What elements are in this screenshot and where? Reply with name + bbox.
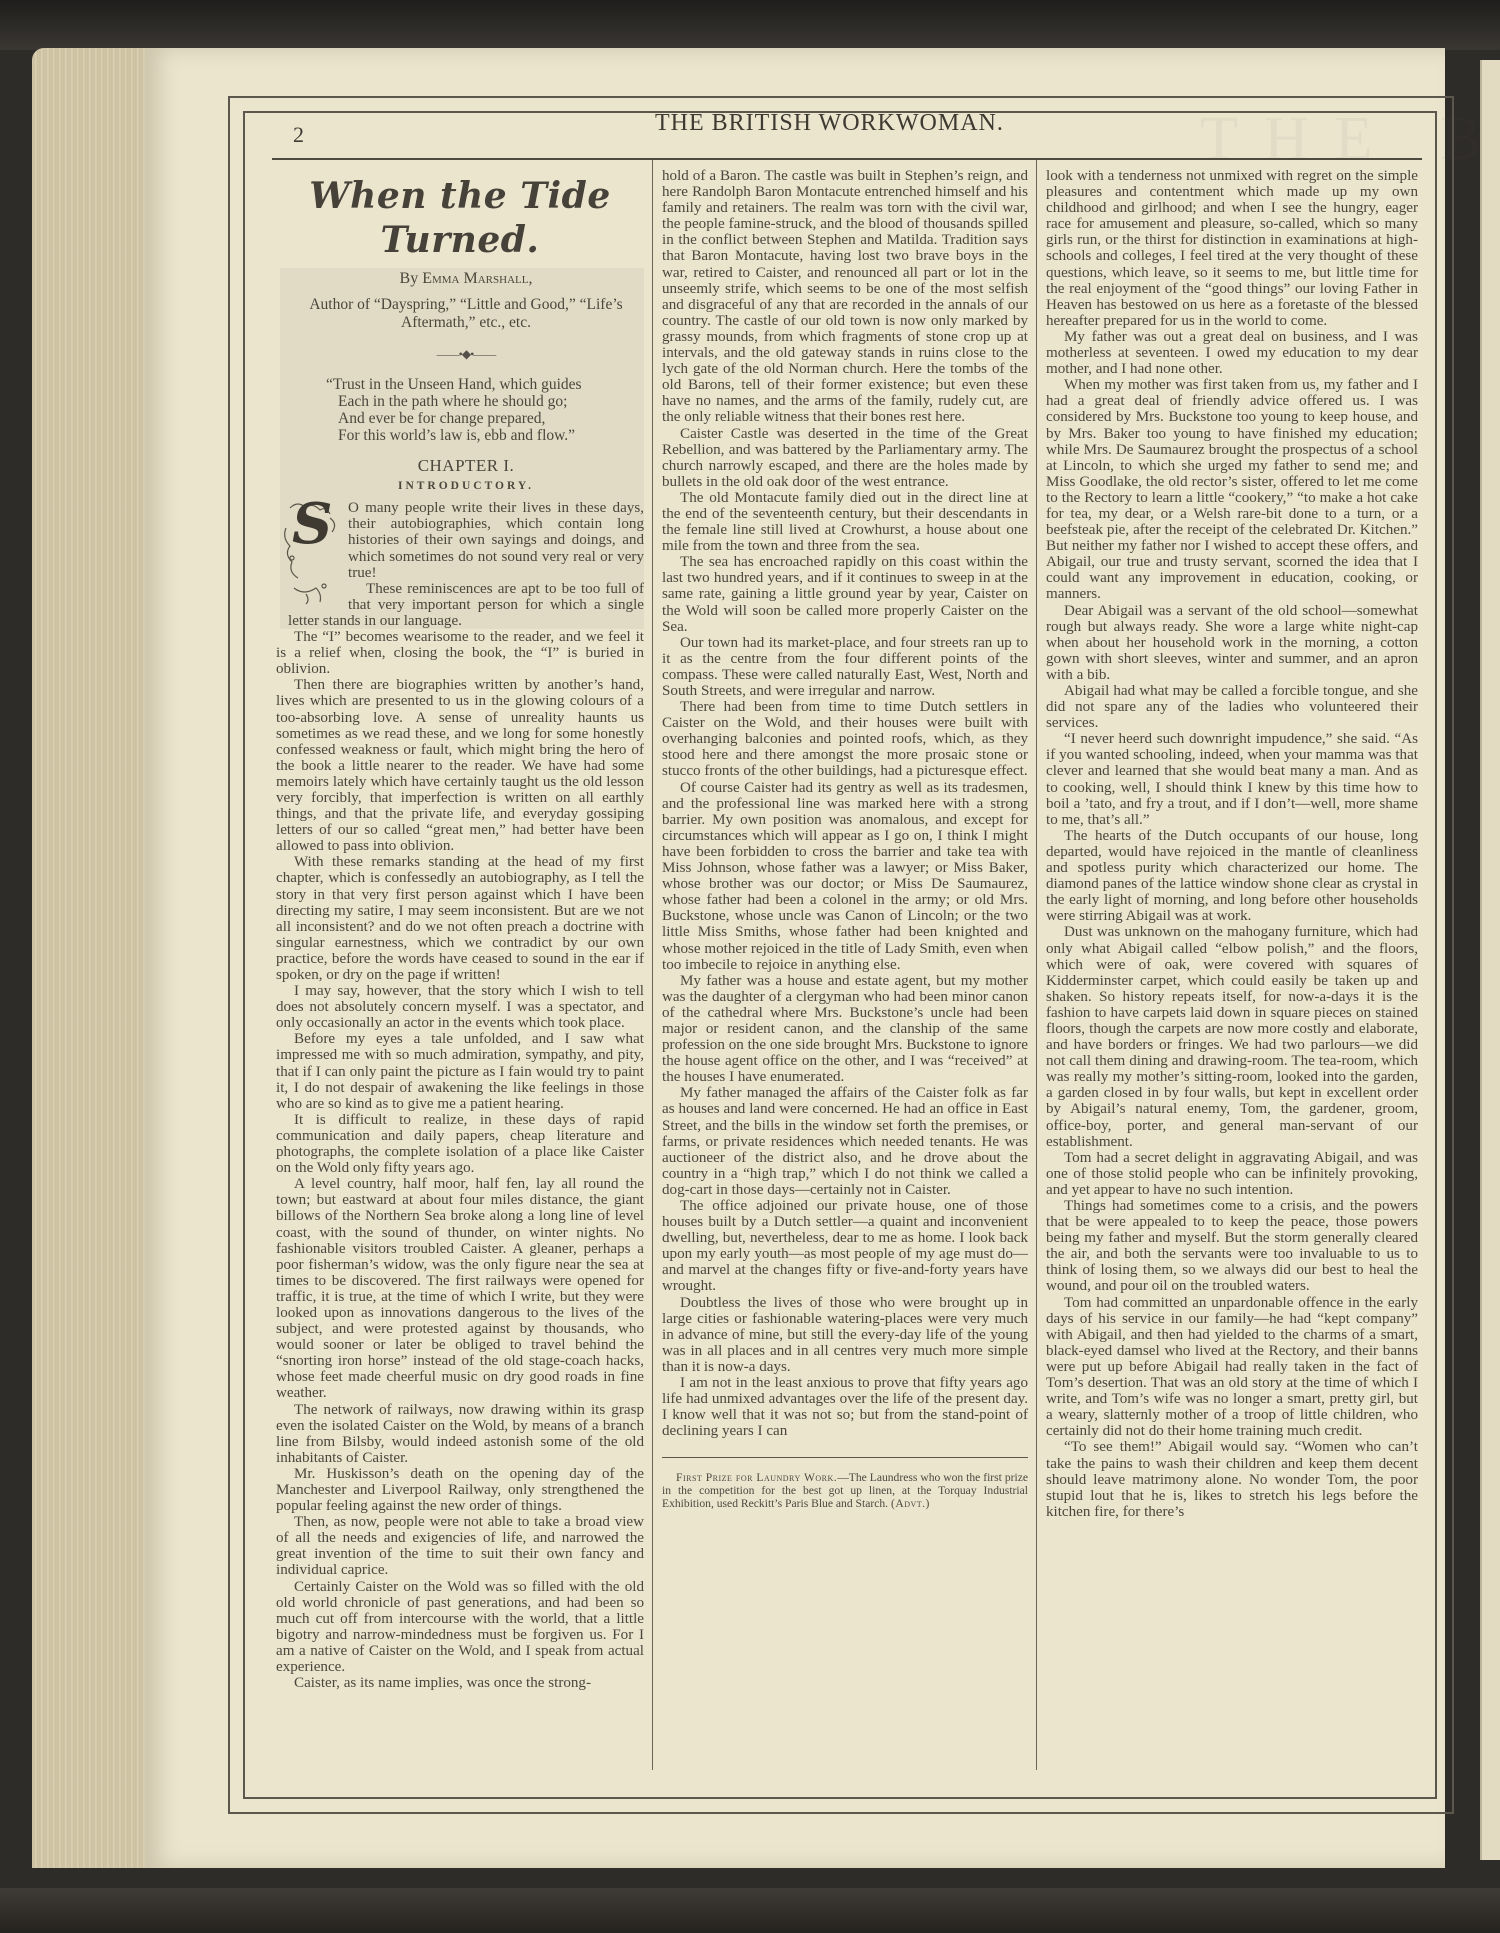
paragraph: Tom had committed an unpardonable offenc… [1046, 1295, 1418, 1440]
epigraph-line: Each in the path where he should go; [326, 393, 644, 410]
paragraph: My father managed the affairs of the Cai… [662, 1085, 1028, 1198]
page-number: 2 [293, 122, 304, 148]
paragraph: Our town had its market-place, and four … [662, 635, 1028, 699]
paragraph: Then, as now, people were not able to ta… [276, 1514, 644, 1578]
running-head: THE BRITISH WORKWOMAN. [655, 110, 1004, 137]
paragraph: When my mother was first taken from us, … [1046, 377, 1418, 602]
paragraph: “I never heerd such downright impudence,… [1046, 731, 1418, 828]
paragraph: Caister Castle was deserted in the time … [662, 426, 1028, 490]
paragraph: There had been from time to time Dutch s… [662, 699, 1028, 779]
column-divider-1 [652, 160, 653, 1770]
paragraph: The sea has encroached rapidly on this c… [662, 554, 1028, 634]
footnote-tag: (Advt.) [891, 1497, 930, 1510]
opening-paragraphs: S O many people write their lives in the… [288, 500, 644, 629]
paragraph: With these remarks standing at the head … [276, 854, 644, 983]
paragraph: The network of railways, now drawing wit… [276, 1402, 644, 1466]
header-rule [272, 158, 1422, 160]
epigraph: “Trust in the Unseen Hand, which guides … [326, 376, 644, 444]
paragraph: Mr. Huskisson’s death on the opening day… [276, 1466, 644, 1514]
paragraph: Abigail had what may be called a forcibl… [1046, 683, 1418, 731]
facing-page-edge [1480, 60, 1500, 1860]
paragraph: Things had sometimes come to a crisis, a… [1046, 1198, 1418, 1295]
column-3: look with a tenderness not unmixed with … [1046, 168, 1418, 1520]
paragraph: Dust was unknown on the mahogany furnitu… [1046, 924, 1418, 1149]
paragraph: Certainly Caister on the Wold was so fil… [276, 1579, 644, 1676]
story-title: When the Tide Turned. [276, 174, 644, 262]
paragraph: I may say, however, that the story which… [276, 983, 644, 1031]
author-credits: Author of “Dayspring,” “Little and Good,… [288, 296, 644, 332]
ornament-divider-icon: ——•◆•—— [288, 346, 644, 362]
paragraph: look with a tenderness not unmixed with … [1046, 168, 1418, 329]
column-2: hold of a Baron. The castle was built in… [662, 168, 1028, 1510]
paragraph: A level country, half moor, half fen, la… [276, 1176, 644, 1401]
paragraph: Doubtless the lives of those who were br… [662, 1295, 1028, 1375]
column-1: When the Tide Turned. By Emma Marshall, … [276, 168, 644, 1691]
dropcap-letter: S [292, 516, 332, 532]
column-divider-2 [1036, 160, 1037, 1770]
paragraph: Dear Abigail was a servant of the old sc… [1046, 603, 1418, 683]
book-binding-top [0, 0, 1500, 50]
book-binding-bottom [0, 1888, 1500, 1933]
paragraph: Caister, as its name implies, was once t… [276, 1675, 644, 1691]
paragraph: hold of a Baron. The castle was built in… [662, 168, 1028, 426]
paragraph: Of course Caister had its gentry as well… [662, 780, 1028, 973]
byline-prefix: By [400, 270, 419, 287]
paragraph: Tom had a secret delight in aggravating … [1046, 1150, 1418, 1198]
advertisement-footnote: First Prize for Laundry Work.—The Laundr… [662, 1472, 1028, 1510]
paragraph: My father was out a great deal on busine… [1046, 329, 1418, 377]
paragraph: The “I” becomes wearisome to the reader,… [276, 629, 644, 677]
shaded-panel: By Emma Marshall, Author of “Dayspring,”… [280, 268, 644, 629]
footnote-rule [662, 1457, 1028, 1458]
paragraph: Then there are biographies written by an… [276, 677, 644, 854]
paragraph: It is difficult to realize, in these day… [276, 1112, 644, 1176]
footnote-heading: First Prize for Laundry Work. [676, 1471, 837, 1484]
paragraph: The old Montacute family died out in the… [662, 490, 1028, 554]
paragraph: I am not in the least anxious to prove t… [662, 1375, 1028, 1439]
byline: By Emma Marshall, [288, 268, 644, 290]
paragraph: The hearts of the Dutch occupants of our… [1046, 828, 1418, 925]
chapter-subtitle: INTRODUCTORY. [288, 478, 644, 494]
epigraph-line: “Trust in the Unseen Hand, which guides [326, 376, 644, 393]
paragraph: The office adjoined our private house, o… [662, 1198, 1028, 1295]
ornamental-dropcap-icon: S [280, 498, 342, 606]
paragraph: “To see them!” Abigail would say. “Women… [1046, 1439, 1418, 1519]
author-name: Emma Marshall, [422, 270, 532, 287]
paragraph: My father was a house and estate agent, … [662, 973, 1028, 1086]
paragraph: Before my eyes a tale unfolded, and I sa… [276, 1031, 644, 1111]
chapter-heading: CHAPTER I. [288, 458, 644, 474]
epigraph-line: And ever be for change prepared, [326, 410, 644, 427]
epigraph-line: For this world’s law is, ebb and flow.” [326, 427, 644, 444]
page-edge-stack [32, 48, 147, 1868]
